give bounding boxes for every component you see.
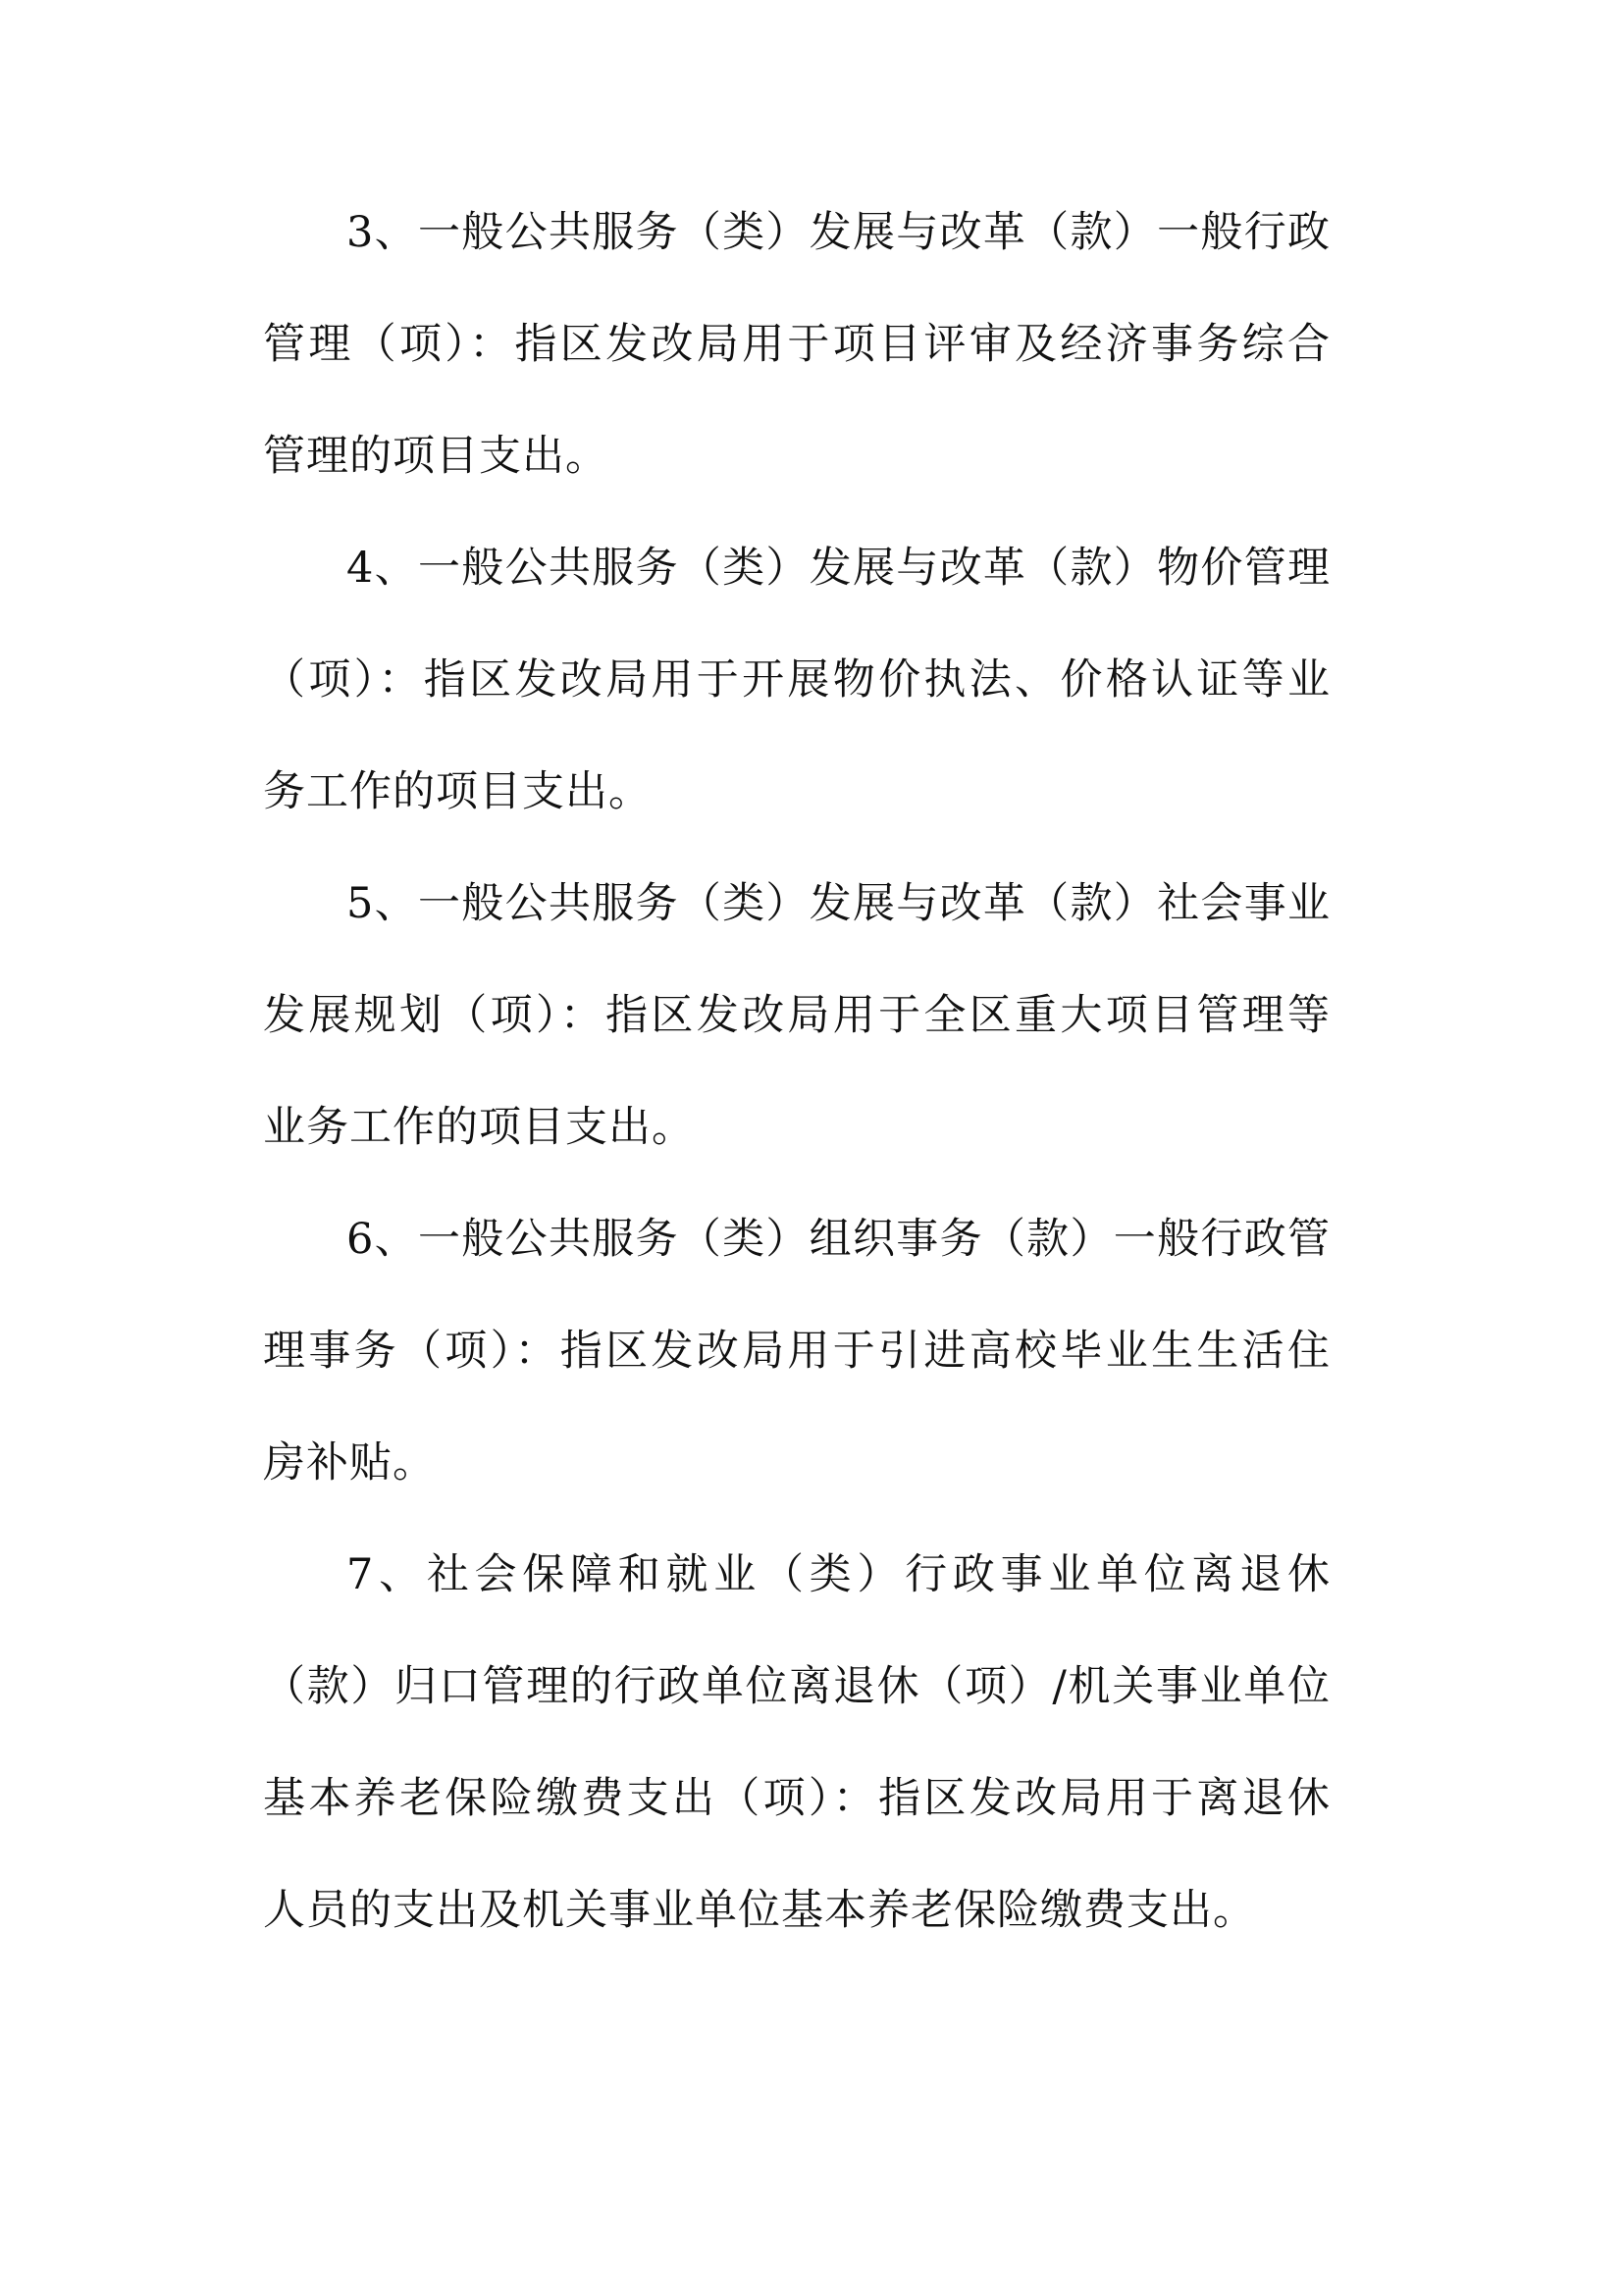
paragraph-7-line-3: 基本养老保险缴费支出（项）：指区发改局用于离退休 (263, 1743, 1330, 1854)
paragraph-4-line-2: （项）：指区发改局用于开展物价执法、价格认证等业 (263, 624, 1330, 736)
paragraph-4-line-3: 务工作的项目支出。 (263, 736, 1330, 848)
paragraph-6-line-1: 6、一般公共服务（类）组织事务（款）一般行政管 (263, 1183, 1330, 1295)
document-body-text: 3、一般公共服务（类）发展与改革（款）一般行政 管理（项）：指区发改局用于项目评… (263, 177, 1330, 1966)
paragraph-4-line-1: 4、一般公共服务（类）发展与改革（款）物价管理 (263, 512, 1330, 624)
paragraph-item-4: 4、一般公共服务（类）发展与改革（款）物价管理 （项）：指区发改局用于开展物价执… (263, 512, 1330, 848)
paragraph-item-3: 3、一般公共服务（类）发展与改革（款）一般行政 管理（项）：指区发改局用于项目评… (263, 177, 1330, 512)
paragraph-6-line-2: 理事务（项）：指区发改局用于引进高校毕业生生活住 (263, 1295, 1330, 1407)
paragraph-item-7: 7、社会保障和就业（类）行政事业单位离退休 （款）归口管理的行政单位离退休（项）… (263, 1519, 1330, 1966)
paragraph-item-5: 5、一般公共服务（类）发展与改革（款）社会事业 发展规划（项）：指区发改局用于全… (263, 848, 1330, 1183)
paragraph-3-line-2: 管理（项）：指区发改局用于项目评审及经济事务综合 (263, 288, 1330, 400)
document-page: 3、一般公共服务（类）发展与改革（款）一般行政 管理（项）：指区发改局用于项目评… (0, 0, 1624, 2296)
paragraph-5-line-2: 发展规划（项）：指区发改局用于全区重大项目管理等 (263, 960, 1330, 1071)
paragraph-3-line-1: 3、一般公共服务（类）发展与改革（款）一般行政 (263, 177, 1330, 288)
paragraph-3-line-3: 管理的项目支出。 (263, 400, 1330, 512)
paragraph-7-line-4: 人员的支出及机关事业单位基本养老保险缴费支出。 (263, 1854, 1330, 1966)
paragraph-item-6: 6、一般公共服务（类）组织事务（款）一般行政管 理事务（项）：指区发改局用于引进… (263, 1183, 1330, 1519)
paragraph-6-line-3: 房补贴。 (263, 1407, 1330, 1519)
paragraph-5-line-1: 5、一般公共服务（类）发展与改革（款）社会事业 (263, 848, 1330, 960)
paragraph-7-line-2: （款）归口管理的行政单位离退休（项）/机关事业单位 (263, 1631, 1330, 1743)
paragraph-7-line-1: 7、社会保障和就业（类）行政事业单位离退休 (263, 1519, 1330, 1631)
paragraph-5-line-3: 业务工作的项目支出。 (263, 1071, 1330, 1183)
